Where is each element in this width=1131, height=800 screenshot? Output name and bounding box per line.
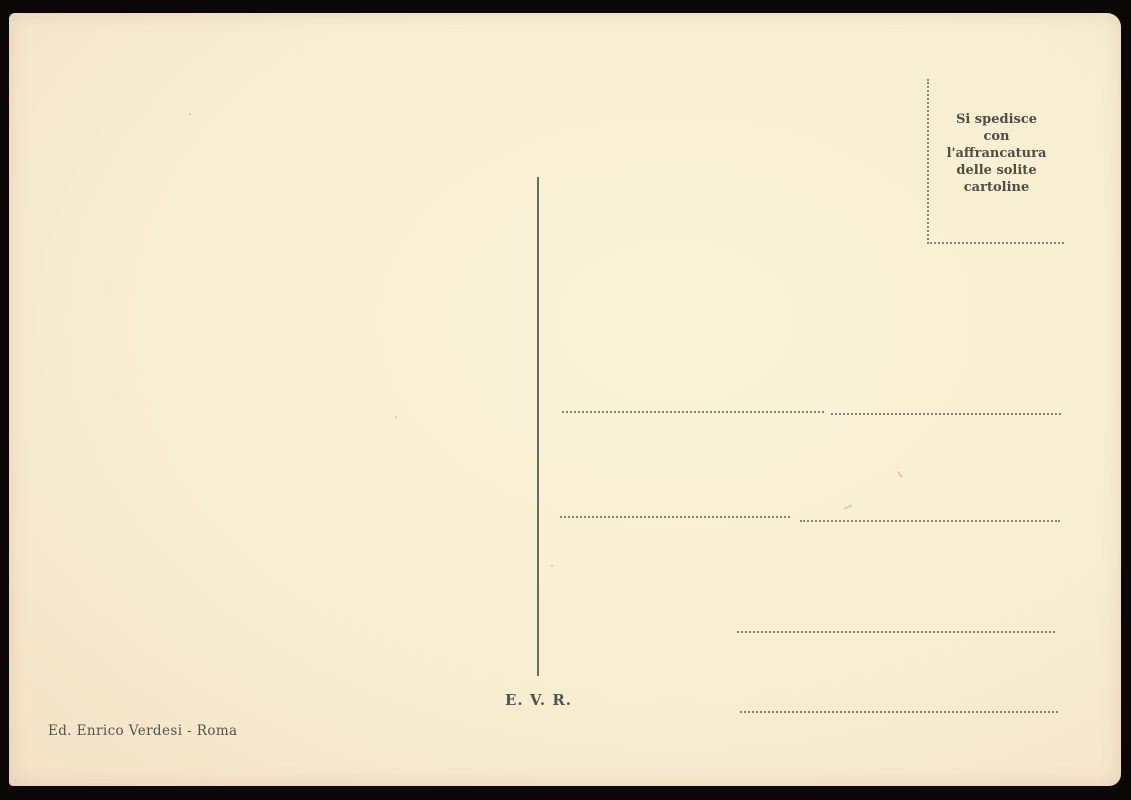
paper-speck bbox=[844, 504, 852, 509]
stamp-box: Si spedisce con l'affrancatura delle sol… bbox=[927, 79, 1064, 244]
address-line bbox=[737, 631, 1055, 633]
paper-speck bbox=[189, 113, 191, 115]
address-line bbox=[831, 413, 1061, 415]
publisher-credit: Ed. Enrico Verdesi - Roma bbox=[48, 723, 238, 739]
address-line bbox=[740, 711, 1058, 713]
stamp-text-line: con bbox=[929, 128, 1064, 145]
paper-speck bbox=[395, 416, 397, 418]
address-line bbox=[800, 520, 1060, 522]
stamp-instructions: Si spedisce con l'affrancatura delle sol… bbox=[929, 111, 1064, 196]
address-line bbox=[560, 516, 790, 518]
paper-speck bbox=[551, 565, 553, 567]
stamp-text-line: cartoline bbox=[929, 179, 1064, 196]
stamp-text-line: delle solite bbox=[929, 162, 1064, 179]
address-line bbox=[562, 411, 824, 413]
message-address-divider bbox=[537, 177, 539, 676]
stamp-text-line: l'affrancatura bbox=[929, 145, 1064, 162]
publisher-monogram: E. V. R. bbox=[505, 691, 572, 709]
paper-speck bbox=[897, 471, 903, 478]
stamp-text-line: Si spedisce bbox=[929, 111, 1064, 128]
